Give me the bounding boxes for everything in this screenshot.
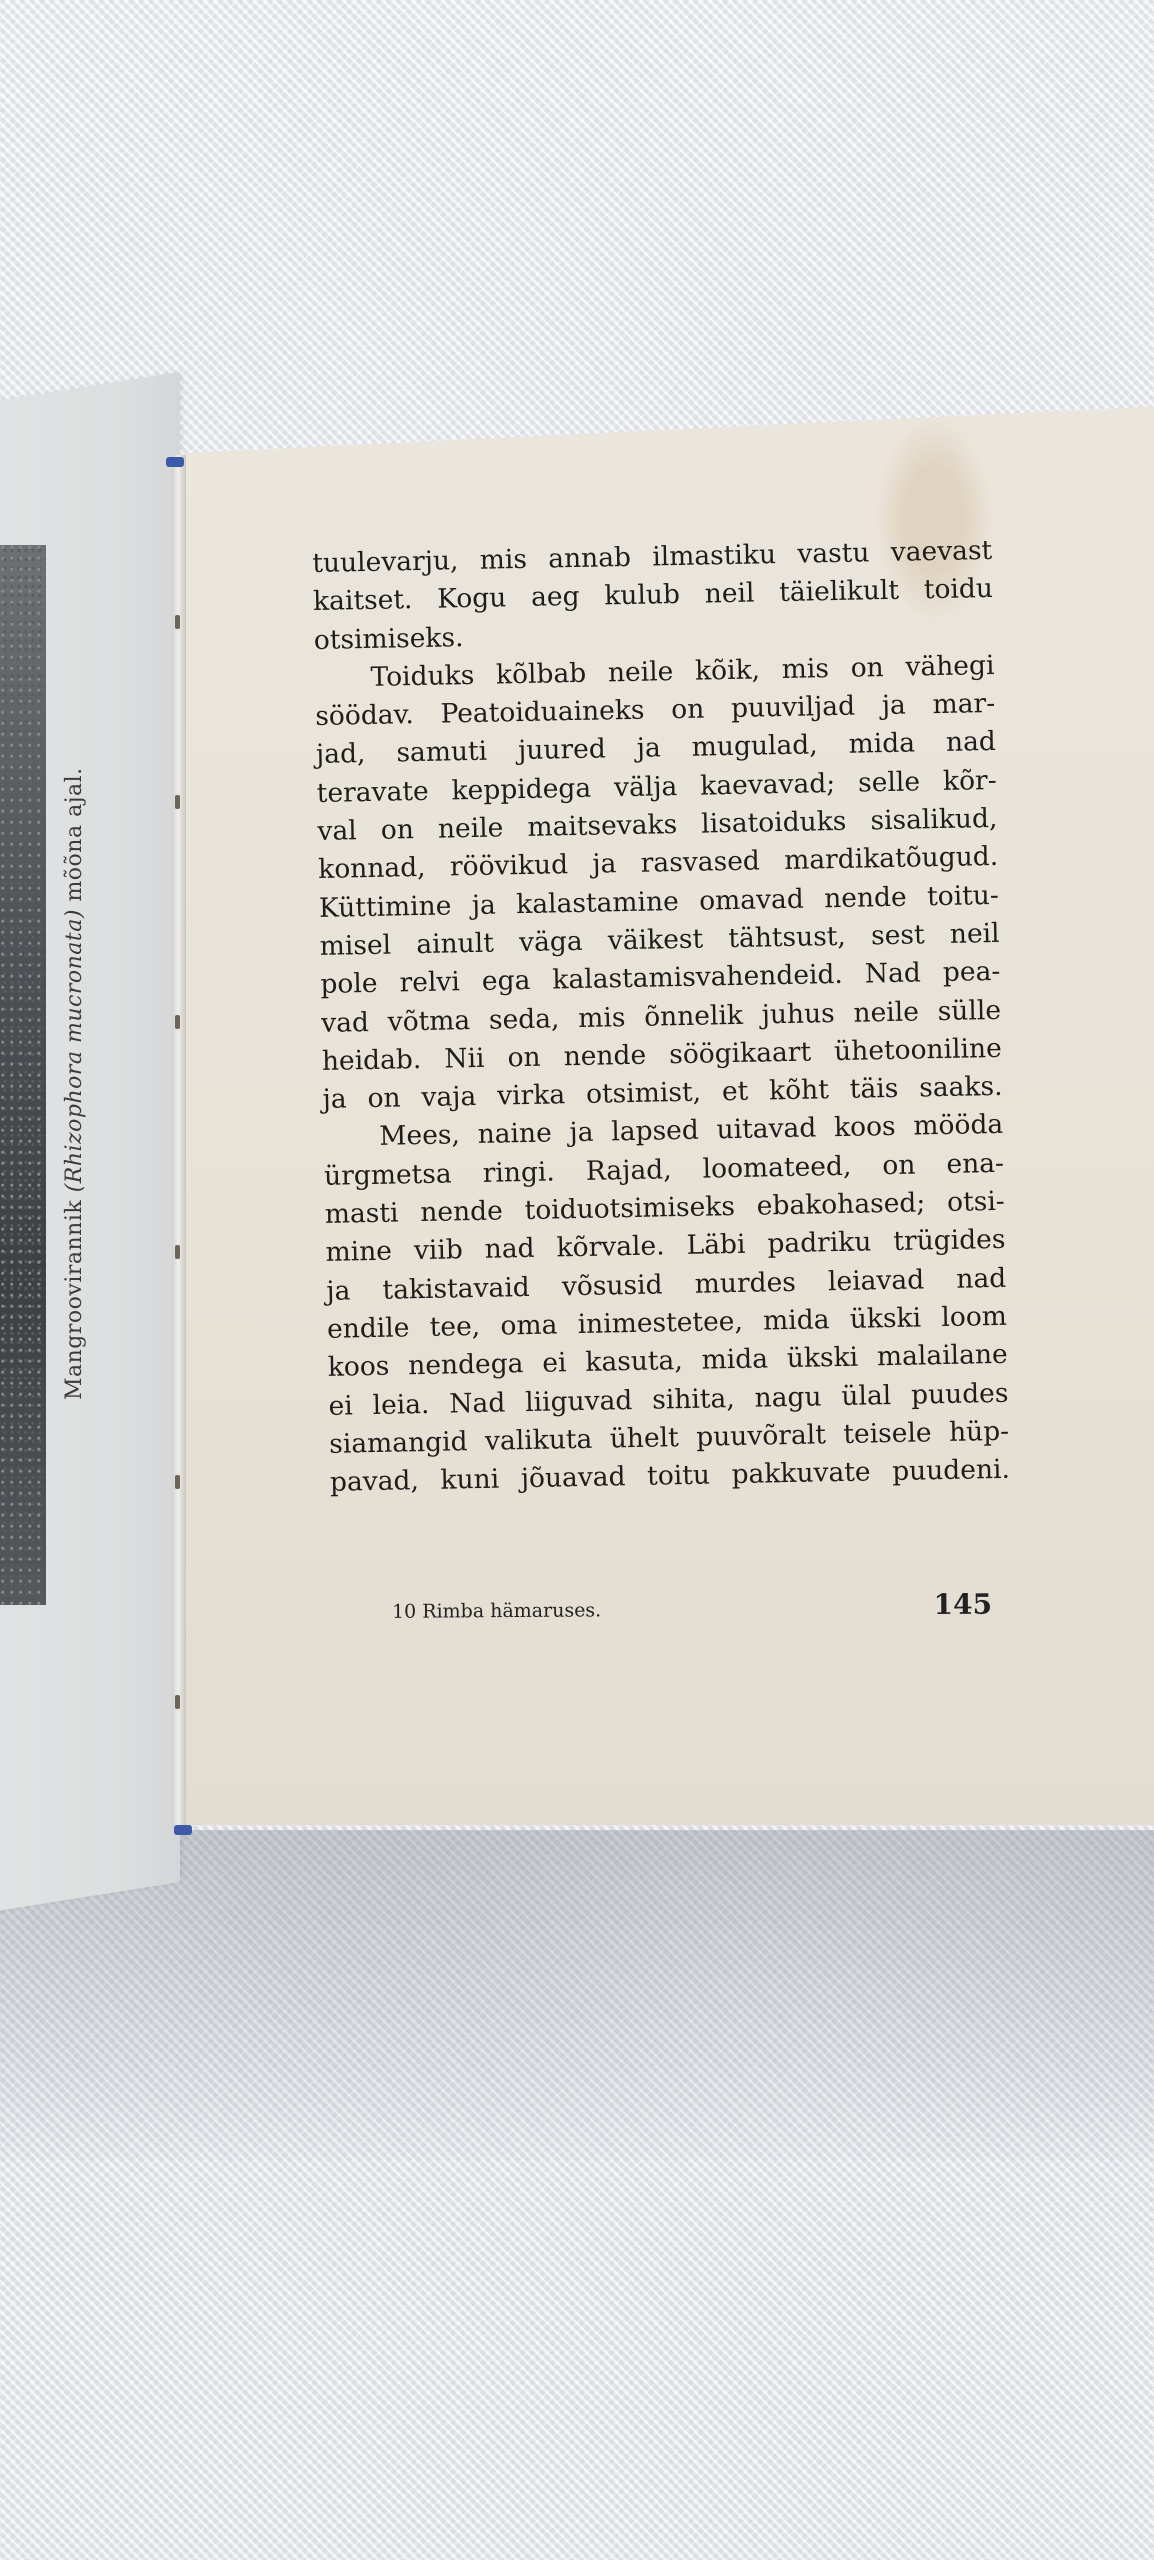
word: nad [946,723,997,762]
word: heidab. [322,1041,422,1081]
word: saaks. [919,1068,1003,1108]
word: sihita, [652,1380,735,1420]
word: vähegi [905,647,995,687]
word: trügides [893,1221,1006,1261]
word: Rajad, [585,1151,671,1191]
word: ürgmetsa [324,1155,452,1196]
word: ja [322,1081,347,1120]
word: mar- [932,685,995,724]
word: toitu [647,1457,711,1496]
word: söödav. [315,696,414,736]
word: nende [824,878,907,918]
word: otsi- [947,1183,1005,1222]
word: naine [477,1115,552,1155]
word: kaitset. [313,581,413,621]
word: mida [701,1341,768,1381]
word: hüp- [949,1413,1010,1452]
word: otsimist, [586,1074,702,1114]
word: on [507,1039,541,1078]
word: ja [592,846,617,885]
word: nendega [408,1345,524,1386]
word: ükski [786,1339,858,1379]
word: ei [328,1387,353,1426]
word: siamangid [329,1423,468,1464]
word: vad [321,1004,369,1043]
word: malailane [877,1336,1008,1377]
word: neil [704,575,754,614]
word: kõlbab [496,655,587,695]
word: võsusid [562,1266,663,1306]
word: kõr- [943,762,997,801]
word: tähtsust, [728,918,846,959]
word: väikest [608,921,704,961]
word: mida [848,725,915,765]
word: mugulad, [691,727,818,768]
word: ega [482,962,531,1001]
word: Küttimine [319,887,452,928]
word: ena- [946,1145,1004,1184]
word: koos [327,1348,389,1387]
word: söögikaart [669,1033,812,1074]
word: välja [614,768,678,808]
word: puuvõralt [696,1416,826,1457]
word: takistavaid [382,1269,530,1310]
word: ebakohased; [756,1184,925,1226]
word: seda, [489,1000,560,1040]
word: lisatoiduks [701,803,847,844]
word: puuviljad [731,688,856,729]
word: viib [414,1232,464,1271]
word: leiavad [828,1261,925,1301]
caption-prefix: Mangroovirannik [62,1192,87,1400]
word: on [882,1146,916,1185]
word: Nad [865,955,922,994]
word: otsimiseks. [313,619,463,660]
word: Toiduks [370,657,474,697]
word: Nii [444,1040,485,1079]
word: kõik, [695,651,761,691]
word: endile [327,1309,410,1349]
stitch-mark [175,1015,180,1029]
word: relvi [399,964,460,1003]
word: kõrvale. [556,1228,665,1268]
word: neil [949,915,999,954]
word: pavad, [330,1462,420,1502]
word: kulub [604,576,680,616]
word: toitu- [927,877,999,917]
word: neile [438,809,504,849]
stitch-mark [175,615,180,629]
word: mardikatõugud. [784,838,999,880]
word: teisele [843,1414,932,1454]
word: rasvased [640,843,760,884]
word: misel [319,927,391,967]
word: nad [484,1230,535,1269]
word: konnad, [318,849,426,889]
word: nende [420,1193,503,1233]
word: õnnelik [644,996,743,1036]
stitch-mark [175,795,180,809]
word: ringi. [482,1153,555,1193]
word: oma [500,1306,558,1345]
word: ülal [841,1377,892,1416]
binding-thread-top [166,457,184,467]
word: keppidega [451,769,591,810]
word: ilmastiku [652,536,776,577]
word: koos [834,1108,896,1147]
word: mis [578,999,626,1038]
word: virka [497,1076,566,1116]
word: selle [858,763,921,802]
word: väga [519,923,583,963]
word: pakkuvate [731,1454,871,1495]
word: mööda [913,1106,1004,1146]
caption-species: (Rhizophora mucronata) [62,909,87,1192]
word: Läbi [686,1226,746,1265]
word: inimestetee, [577,1303,743,1344]
word: et [722,1073,749,1112]
word: toidu [923,570,993,610]
word: loom [941,1298,1007,1338]
word: on [671,691,705,730]
word: Mees, [379,1117,460,1157]
word: mida [763,1301,830,1341]
word: leia. [372,1385,430,1424]
word: puudeni. [892,1451,1010,1492]
word: mis [479,541,527,580]
word: on [850,649,884,688]
page-number: 145 [933,1588,992,1621]
word: vastu [797,534,870,574]
word: nende [563,1037,646,1077]
word: nad [956,1259,1007,1298]
word: Kogu [437,580,507,620]
word: valikuta [485,1421,593,1461]
word: võtma [387,1002,470,1042]
stitch-mark [175,1245,180,1259]
word: lapsed [611,1112,699,1152]
word: puudes [911,1374,1009,1414]
word: tee, [429,1308,480,1347]
word: ainult [416,925,494,965]
word: Nad [449,1384,506,1423]
word: sisalikud, [870,800,998,841]
word: kaevavad; [700,765,836,806]
word: pole [320,965,378,1004]
word: masti [324,1195,398,1235]
word: ei [542,1345,567,1384]
word: mis [781,650,829,689]
mangrove-photo [0,545,46,1605]
word: Peatoiduaineks [440,692,645,734]
page-footer: 10 Rimba hämaruses. 145 [312,1588,992,1626]
word: ja [471,886,496,925]
word: neile [608,653,674,693]
word: täis [849,1070,898,1109]
word: neile [853,993,919,1033]
word: pea- [943,953,1001,992]
word: liiguvad [525,1382,633,1422]
word: omavad [699,880,804,920]
word: vaja [421,1078,477,1117]
photo-caption: Mangroovirannik (Rhizophora mucronata) m… [62,767,87,1400]
book-spine [172,455,186,1835]
page-body-text: tuulevarju,misannabilmastikuvastuvaevast… [312,532,1010,1502]
word: mine [325,1233,392,1273]
word: tuulevarju, [312,542,459,583]
word: vaevast [890,532,992,572]
word: ühelt [609,1419,679,1459]
word: sest [871,916,925,955]
word: täielikult [779,572,900,613]
word: maitsevaks [527,806,677,847]
word: sülle [937,991,1001,1031]
word: toiduotsimiseks [524,1188,735,1230]
caption-suffix: mõõna ajal. [62,767,87,909]
word: val [317,812,357,851]
stitch-mark [175,1475,180,1489]
word: on [367,1080,401,1119]
stitch-mark [175,1695,180,1709]
word: kalastamisvahendeid. [552,956,843,1000]
word: kalastamine [516,883,679,924]
word: jad, [316,736,366,775]
word: samuti [396,733,487,773]
word: ja [569,1114,594,1153]
word: juhus [761,995,835,1035]
word: kuni [440,1461,499,1500]
word: ja [636,730,661,769]
word: annab [548,539,631,579]
word: loomateed, [702,1148,851,1189]
word: uitavad [716,1110,816,1150]
word: kasuta, [585,1342,683,1382]
word: aeg [531,578,580,617]
binding-thread-bottom [174,1825,192,1835]
word: röövikud [450,847,569,888]
word: jõuavad [520,1458,625,1498]
word: on [380,811,414,850]
word: ühetooniline [834,1030,1002,1072]
word: murdes [694,1263,796,1303]
word: padriku [767,1224,872,1264]
word: ükski [849,1299,921,1339]
word: ja [881,687,906,726]
printer-signature: 10 Rimba hämaruses. [312,1599,601,1623]
word: juured [518,731,606,771]
word: nagu [754,1378,822,1418]
word: teravate [316,773,429,813]
word: kõht [769,1071,829,1110]
word: ja [326,1272,351,1311]
